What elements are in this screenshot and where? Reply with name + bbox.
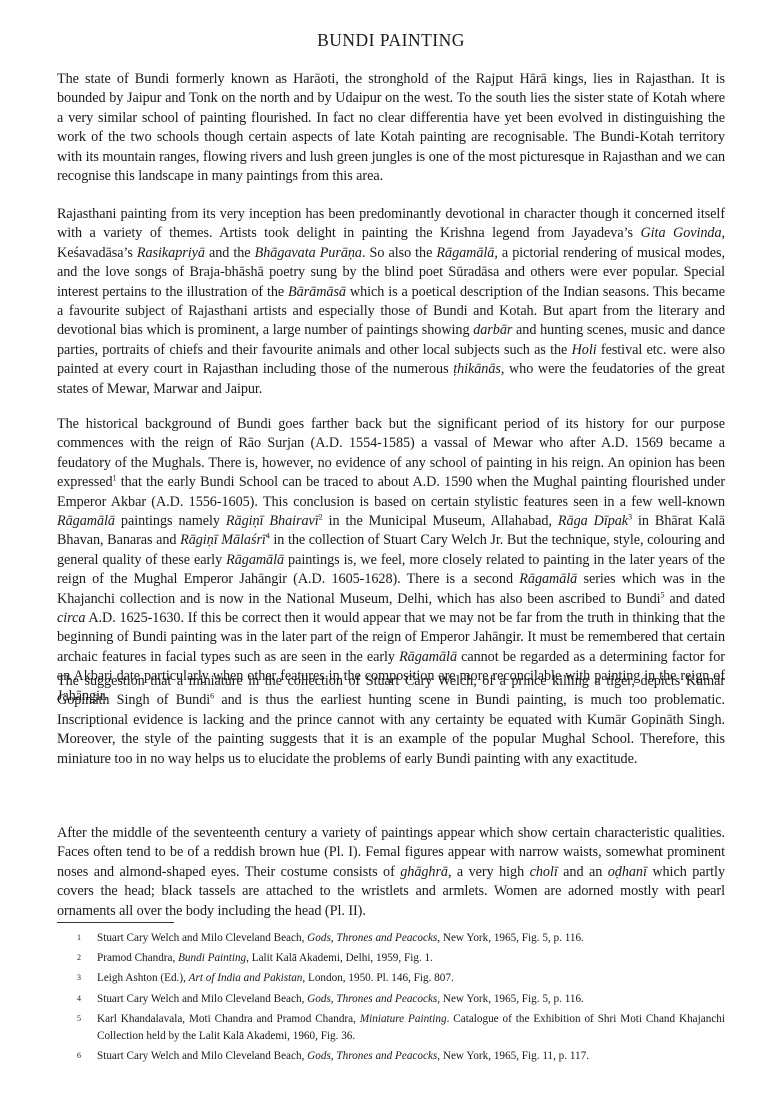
footnote-item: 1Stuart Cary Welch and Milo Cleveland Be… [57,930,725,947]
footnote-divider [57,922,174,923]
text-run: The state of Bundi formerly known as Har… [57,71,725,184]
paragraph-1: The state of Bundi formerly known as Har… [57,70,725,186]
italic-term: ghāghrā [400,864,448,880]
text-run: in the Municipal Museum, Allahabad, [323,513,558,529]
text-run: , New York, 1965, Fig. 11, p. 117. [437,1050,589,1062]
footnote-number: 3 [77,969,81,986]
italic-term: Holi [572,342,597,358]
italic-term: Gods, Thrones and Peacocks [307,1050,437,1062]
paragraph-5: After the middle of the seventeenth cent… [57,824,725,921]
footnotes-list: 1Stuart Cary Welch and Milo Cleveland Be… [57,930,725,1068]
italic-term: Rāgamālā [226,552,284,568]
italic-term: Bārāmāsā [288,284,346,300]
text-run: Leigh Ashton (Ed.), [97,972,189,984]
italic-term: Rāgiṇī Mālaśrī [180,532,266,548]
italic-term: darbār [473,322,512,338]
text-run: Stuart Cary Welch and Milo Cleveland Bea… [97,932,307,944]
text-run: and the [205,245,255,261]
italic-term: Rāgamālā [399,649,457,665]
text-run: paintings namely [115,513,226,529]
text-run: , New York, 1965, Fig. 5, p. 116. [437,932,584,944]
text-run: , a very high [448,864,530,880]
italic-term: Gods, Thrones and Peacocks [307,993,437,1005]
text-run: , New York, 1965, Fig. 5, p. 116. [437,993,584,1005]
footnote-item: 5Karl Khandalavala, Moti Chandra and Pra… [57,1011,725,1045]
footnote-number: 6 [77,1047,81,1064]
text-run: and dated [665,591,726,607]
footnote-item: 6Stuart Cary Welch and Milo Cleveland Be… [57,1048,725,1065]
text-run: Karl Khandalavala, Moti Chandra and Pram… [97,1013,360,1025]
italic-term: Rāgiṇī Bhairavī [226,513,319,529]
footnote-item: 4Stuart Cary Welch and Milo Cleveland Be… [57,991,725,1008]
footnote-number: 5 [77,1010,81,1027]
text-run: Stuart Cary Welch and Milo Cleveland Bea… [97,1050,307,1062]
text-run: Stuart Cary Welch and Milo Cleveland Bea… [97,993,307,1005]
footnote-number: 4 [77,990,81,1007]
page-title: BUNDI PAINTING [57,29,725,51]
italic-term: cholī [530,864,558,880]
italic-term: Rāgamālā [57,513,115,529]
italic-term: oḍhanī [608,864,647,880]
paragraph-4: The suggestion that a miniature in the c… [57,672,725,769]
italic-term: Gods, Thrones and Peacocks [307,932,437,944]
italic-term: Rāga Dīpak [558,513,628,529]
italic-term: Bundi Painting [178,952,246,964]
italic-term: Bhāgavata Purāṇa [255,245,362,261]
text-run: , London, 1950. Pl. 146, Fig. 807. [302,972,453,984]
italic-term: Gita Govinda [640,225,721,241]
italic-term: circa [57,610,85,626]
italic-term: Rasikapriyā [137,245,205,261]
text-run: Rajasthani painting from its very incept… [57,206,725,241]
footnote-item: 3Leigh Ashton (Ed.), Art of India and Pa… [57,970,725,987]
italic-term: Rāgamālā [519,571,577,587]
paragraph-3: The historical background of Bundi goes … [57,415,725,706]
text-run: . So also the [362,245,436,261]
italic-term: ṭhikānās [453,361,501,377]
text-run: that the early Bundi School can be trace… [57,474,725,509]
italic-term: Rāgamālā [436,245,494,261]
footnote-number: 2 [77,949,81,966]
italic-term: Art of India and Pakistan [189,972,303,984]
italic-term: Miniature Painting [360,1013,447,1025]
text-run: , Lalit Kalā Akademi, Delhi, 1959, Fig. … [246,952,433,964]
text-run: Pramod Chandra, [97,952,178,964]
footnote-number: 1 [77,929,81,946]
footnote-item: 2Pramod Chandra, Bundi Painting, Lalit K… [57,950,725,967]
text-run: and an [558,864,608,880]
paragraph-2: Rajasthani painting from its very incept… [57,205,725,399]
